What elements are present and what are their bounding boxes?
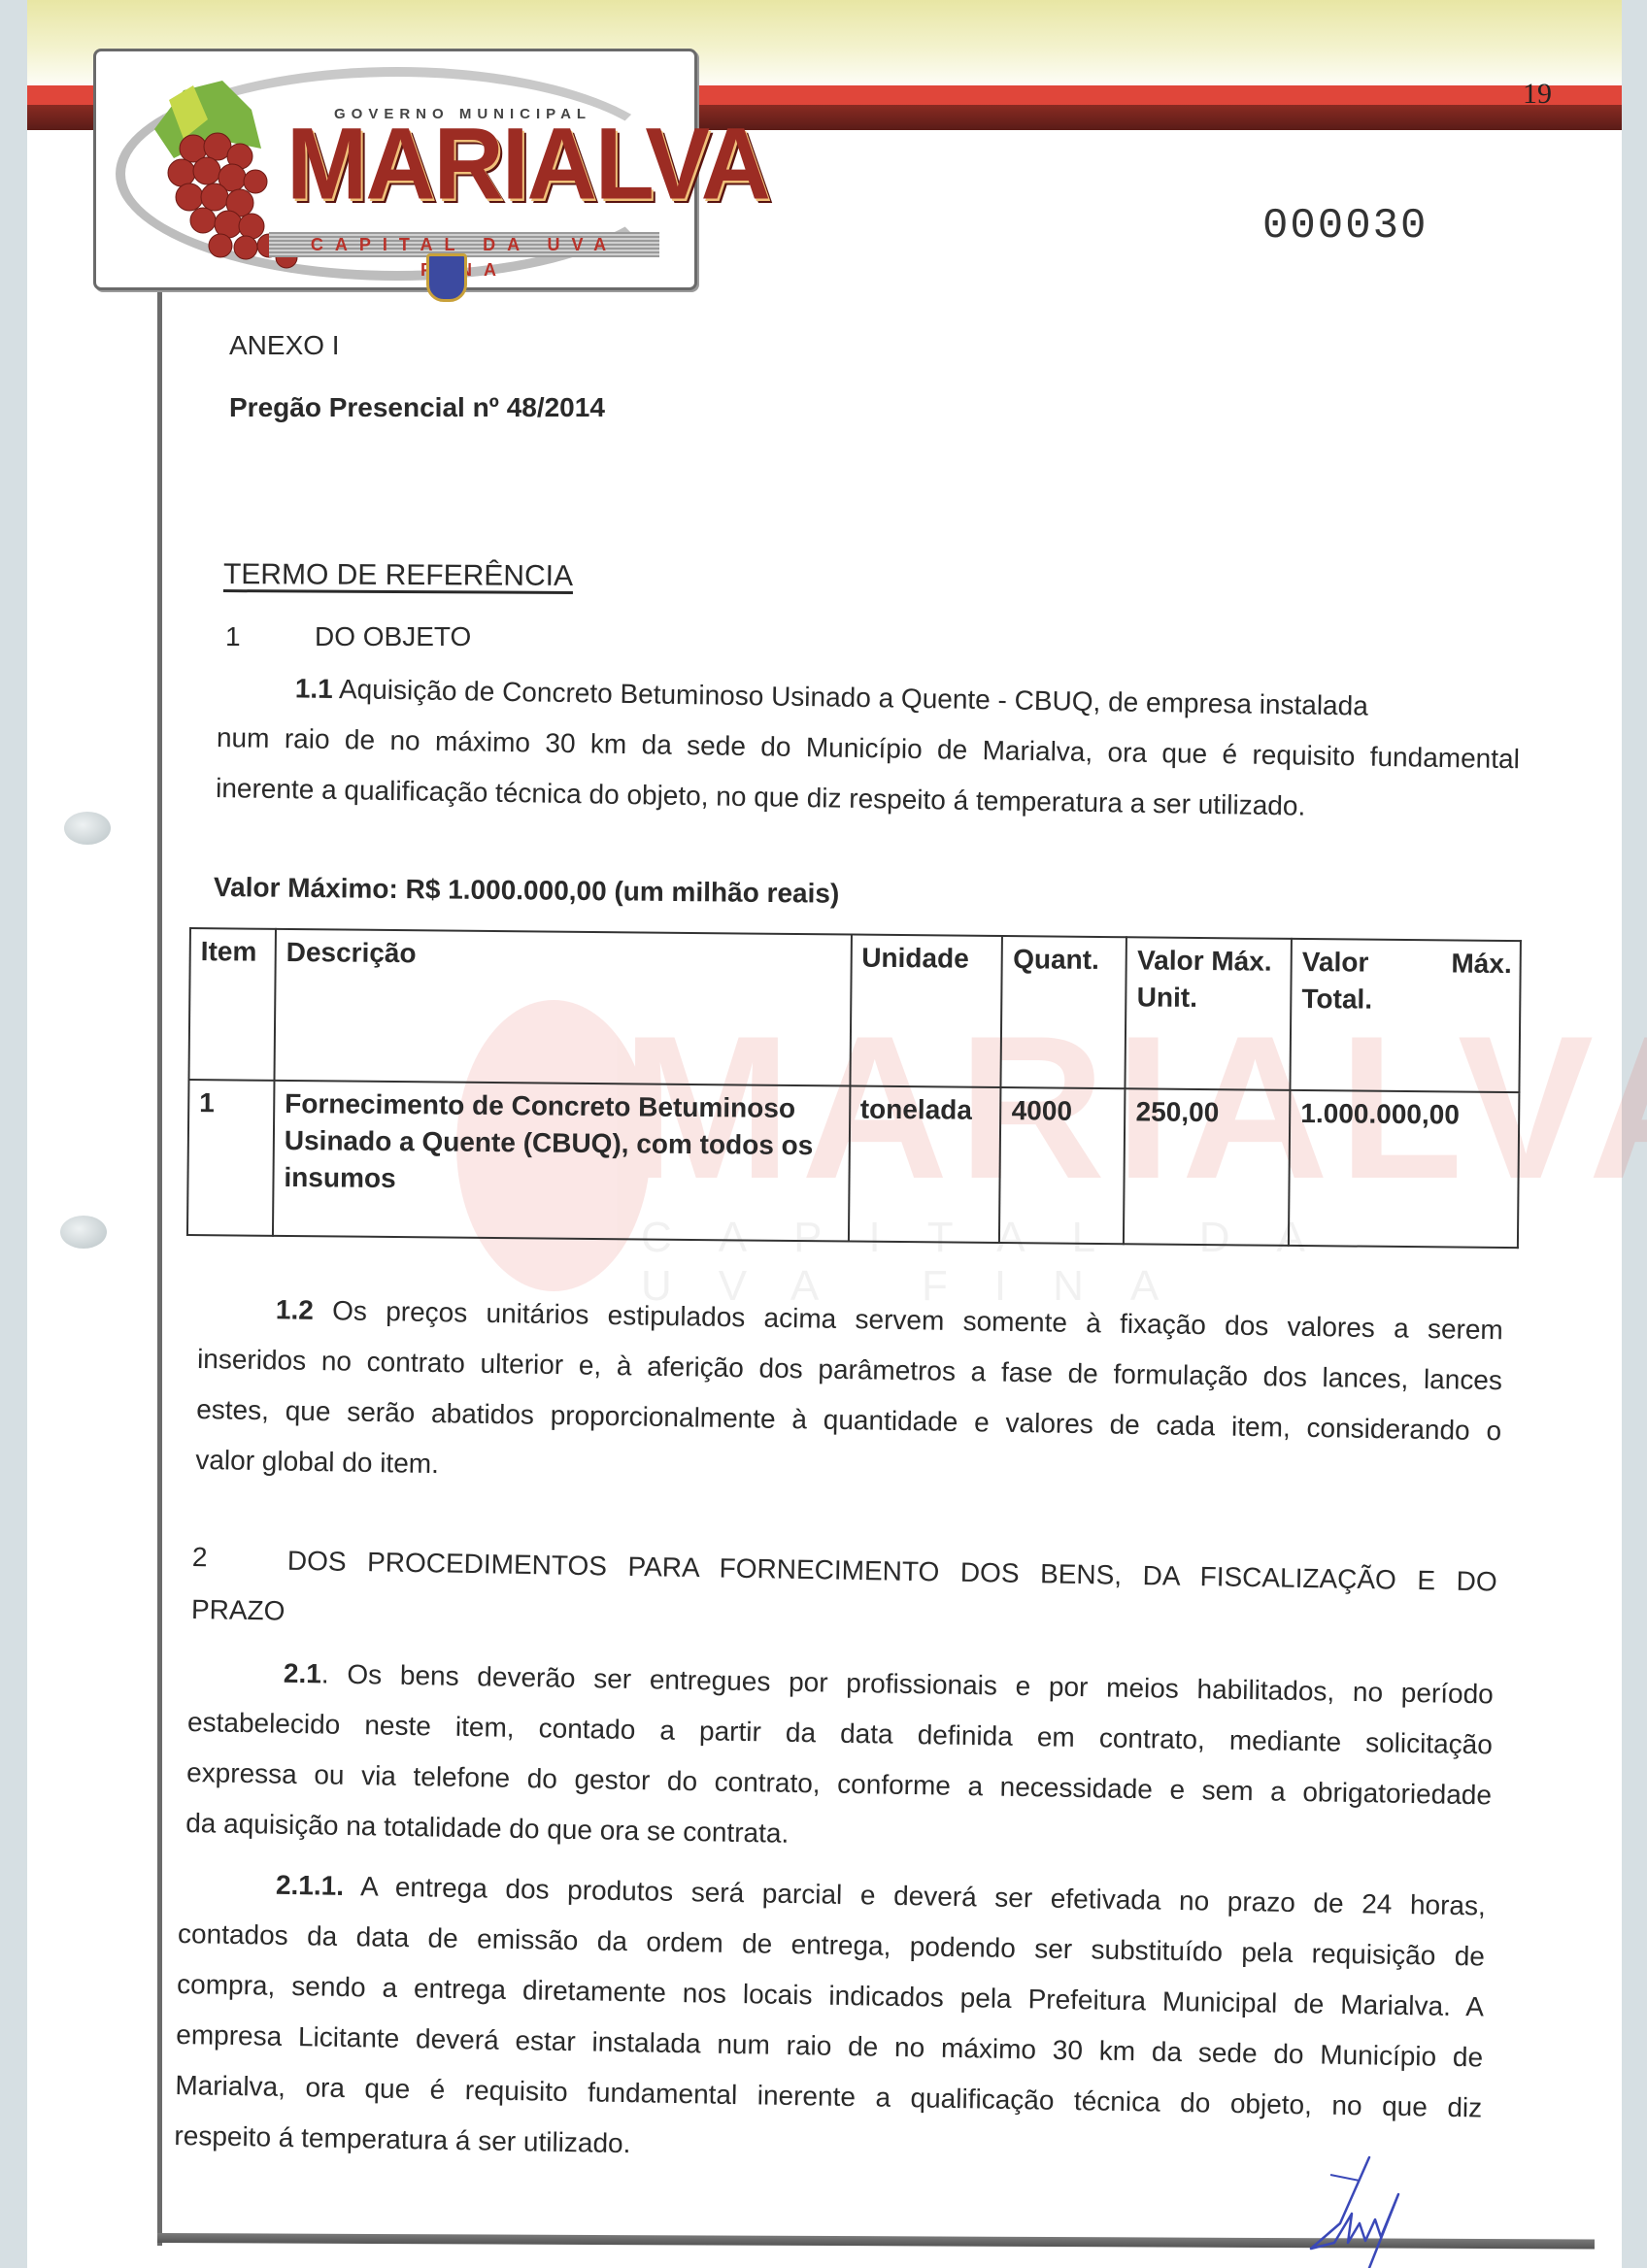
- section-2-title: DOS PROCEDIMENTOS PARA FORNECIMENTO DOS …: [287, 1546, 1497, 1598]
- annex-label: ANEXO I: [229, 330, 340, 361]
- document-content: ANEXO I Pregão Presencial nº 48/2014 TER…: [0, 0, 1647, 2268]
- cell-description: Fornecimento de Concreto Betuminoso Usin…: [273, 1081, 850, 1242]
- section-2-title-cont: PRAZO: [191, 1594, 286, 1627]
- cell-unit-value: 250,00: [1124, 1088, 1290, 1246]
- signature-icon: [1301, 2155, 1428, 2268]
- header-unit-value: Valor Máx. Unit.: [1126, 937, 1292, 1090]
- items-table: Item Descrição Unidade Quant. Valor Máx.…: [186, 927, 1522, 1249]
- cell-total-value: 1.000.000,00: [1289, 1090, 1519, 1248]
- section-1-title: DO OBJETO: [315, 621, 471, 652]
- page-title: TERMO DE REFERÊNCIA: [223, 558, 573, 593]
- section-1-number: 1: [225, 621, 241, 652]
- auction-number: Pregão Presencial nº 48/2014: [229, 392, 605, 423]
- header-description: Descrição: [274, 929, 851, 1086]
- cell-unit: tonelada: [848, 1086, 1000, 1243]
- header-total-value: Valor Máx. Total.: [1291, 939, 1521, 1092]
- table-header-row: Item Descrição Unidade Quant. Valor Máx.…: [188, 928, 1520, 1092]
- max-value-label: Valor Máximo: R$ 1.000.000,00 (um milhão…: [214, 872, 840, 910]
- header-quantity: Quant.: [1001, 936, 1126, 1088]
- clause-number: 1.1: [295, 673, 333, 704]
- cell-item: 1: [187, 1080, 274, 1236]
- cell-quantity: 4000: [999, 1087, 1125, 1244]
- section-2-number: 2: [192, 1542, 208, 1573]
- header-unit: Unidade: [850, 935, 1002, 1087]
- clause-number: 2.1: [284, 1658, 321, 1689]
- clause-number: 1.2: [276, 1294, 314, 1325]
- table-row: 1 Fornecimento de Concreto Betuminoso Us…: [187, 1080, 1519, 1248]
- header-item: Item: [188, 928, 275, 1081]
- clause-number: 2.1.1.: [276, 1870, 345, 1901]
